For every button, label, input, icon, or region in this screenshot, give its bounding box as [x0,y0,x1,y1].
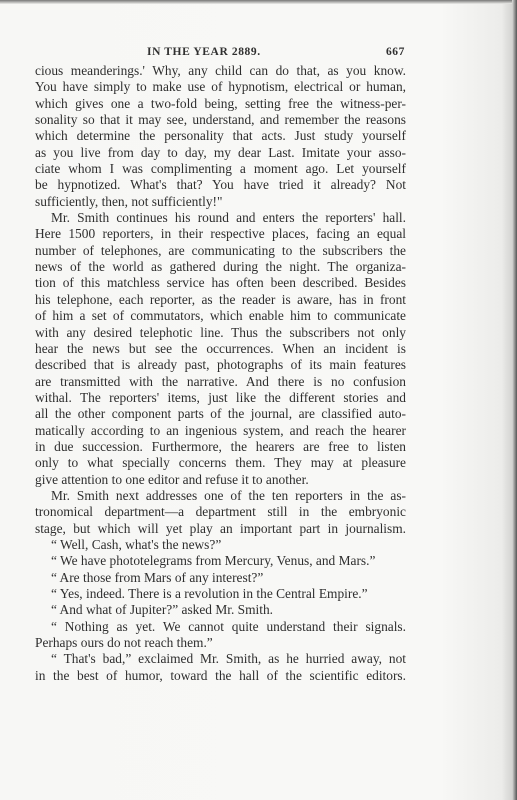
text-line: “ We have phototelegrams from Mercury, V… [35,553,406,569]
text-line: ciate whom I was complimenting a moment … [35,161,406,177]
text-line: sonality so that it may see, understand,… [35,112,406,128]
text-line: with any desired telephotic line. Thus t… [35,325,406,341]
text-line: all the other component parts of the jou… [35,406,406,422]
book-page: IN THE YEAR 2889. 667 cious meanderings.… [0,0,517,800]
text-line: You have simply to make use of hypnotism… [35,79,406,95]
text-line: Mr. Smith next addresses one of the ten … [35,488,406,504]
text-line: “ Are those from Mars of any interest?” [35,570,406,586]
text-line: “ And what of Jupiter?” asked Mr. Smith. [35,602,406,618]
page-header: IN THE YEAR 2889. 667 [35,46,405,62]
text-line: withal. The reporters' items, just like … [35,390,406,406]
text-line: his telephone, each reporter, as the rea… [35,292,406,308]
body-text: cious meanderings.' Why, any child can d… [35,63,406,684]
running-head: IN THE YEAR 2889. [147,46,261,58]
page-binding-edge [512,0,517,800]
page-number: 667 [386,46,405,58]
text-line: described that is already past, photogra… [35,357,406,373]
text-line: sufficiently, then, not sufficiently!" [35,194,406,210]
text-line: which gives one a two-fold being, settin… [35,96,406,112]
text-line: cious meanderings.' Why, any child can d… [35,63,406,79]
text-line: only to what specially concerns them. Th… [35,455,406,471]
text-line: tion of this matchless service has often… [35,275,406,291]
text-line: “ That's bad,” exclaimed Mr. Smith, as h… [35,651,406,667]
text-line: in due succession. Furthermore, the hear… [35,439,406,455]
text-line: are transmitted with the narrative. And … [35,374,406,390]
text-line: tronomical department—a department still… [35,504,406,520]
text-line: stage, but which will yet play an import… [35,521,406,537]
text-line: in the best of humor, toward the hall of… [35,668,406,684]
text-line: as you live from day to day, my dear Las… [35,145,406,161]
text-line: Here 1500 reporters, in their respective… [35,226,406,242]
text-line: “ Well, Cash, what's the news?” [35,537,406,553]
text-line: matically according to an ingenious syst… [35,423,406,439]
text-line: hear the news but see the occurrences. W… [35,341,406,357]
text-line: of him a set of commutators, which enabl… [35,308,406,324]
text-line: “ Yes, indeed. There is a revolution in … [35,586,406,602]
text-line: number of telephones, are communicating … [35,243,406,259]
text-line: Mr. Smith continues his round and enters… [35,210,406,226]
text-line: Perhaps ours do not reach them.” [35,635,406,651]
text-line: be hypnotized. What's that? You have tri… [35,177,406,193]
text-line: “ Nothing as yet. We cannot quite unders… [35,619,406,635]
page-top-edge [0,0,517,4]
text-line: give attention to one editor and refuse … [35,472,406,488]
text-line: which determine the personality that act… [35,128,406,144]
text-line: news of the world as gathered during the… [35,259,406,275]
